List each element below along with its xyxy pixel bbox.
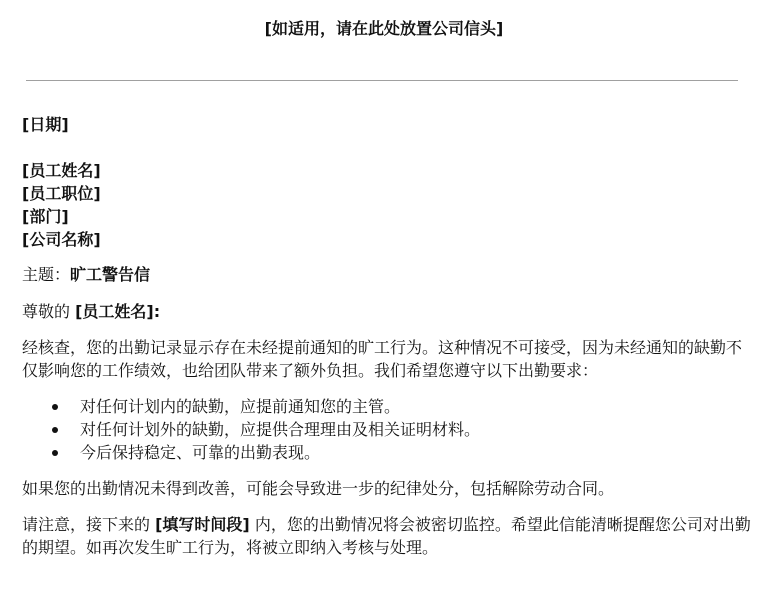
requirements-list: 对任何计划内的缺勤，应提前通知您的主管。 对任何计划外的缺勤，应提供合理理由及相… — [22, 395, 752, 464]
recipient-block: [员工姓名] [员工职位] [部门] [公司名称] — [22, 159, 752, 251]
bullet-icon — [52, 427, 58, 433]
requirement-text: 对任何计划外的缺勤，应提供合理理由及相关证明材料。 — [80, 420, 480, 439]
time-period-placeholder: [填写时间段] — [155, 515, 250, 534]
requirement-item: 对任何计划内的缺勤，应提前通知您的主管。 — [22, 395, 752, 418]
letterhead-placeholder: [如适用，请在此处放置公司信头] — [0, 17, 768, 41]
recipient-name: [员工姓名] — [22, 159, 752, 182]
requirement-item: 对任何计划外的缺勤，应提供合理理由及相关证明材料。 — [22, 418, 752, 441]
salutation: 尊敬的 [员工姓名]: — [22, 300, 752, 323]
recipient-department: [部门] — [22, 205, 752, 228]
letter-body: [日期] [员工姓名] [员工职位] [部门] [公司名称] 主题：旷工警告信 … — [22, 113, 752, 572]
paragraph-review: 经核查，您的出勤记录显示存在未经提前通知的旷工行为。这种情况不可接受，因为未经通… — [22, 336, 752, 382]
bullet-icon — [52, 404, 58, 410]
paragraph-consequence: 如果您的出勤情况未得到改善，可能会导致进一步的纪律处分，包括解除劳动合同。 — [22, 477, 752, 500]
requirement-text: 对任何计划内的缺勤，应提前通知您的主管。 — [80, 397, 400, 416]
subject-value: 旷工警告信 — [70, 265, 150, 284]
recipient-company: [公司名称] — [22, 228, 752, 251]
salutation-suffix: : — [154, 302, 160, 321]
monitoring-prefix: 请注意，接下来的 — [22, 515, 155, 534]
bullet-icon — [52, 450, 58, 456]
subject-label: 主题： — [22, 265, 70, 284]
salutation-prefix: 尊敬的 — [22, 302, 75, 321]
letter-document: [如适用，请在此处放置公司信头] [日期] [员工姓名] [员工职位] [部门]… — [0, 0, 768, 614]
requirement-text: 今后保持稳定、可靠的出勤表现。 — [80, 443, 320, 462]
requirement-item: 今后保持稳定、可靠的出勤表现。 — [22, 441, 752, 464]
paragraph-monitoring: 请注意，接下来的 [填写时间段] 内，您的出勤情况将会被密切监控。希望此信能清晰… — [22, 513, 752, 559]
subject-line: 主题：旷工警告信 — [22, 263, 752, 286]
recipient-position: [员工职位] — [22, 182, 752, 205]
salutation-name: [员工姓名] — [75, 302, 154, 321]
date-placeholder: [日期] — [22, 113, 752, 136]
header-divider — [26, 80, 738, 81]
